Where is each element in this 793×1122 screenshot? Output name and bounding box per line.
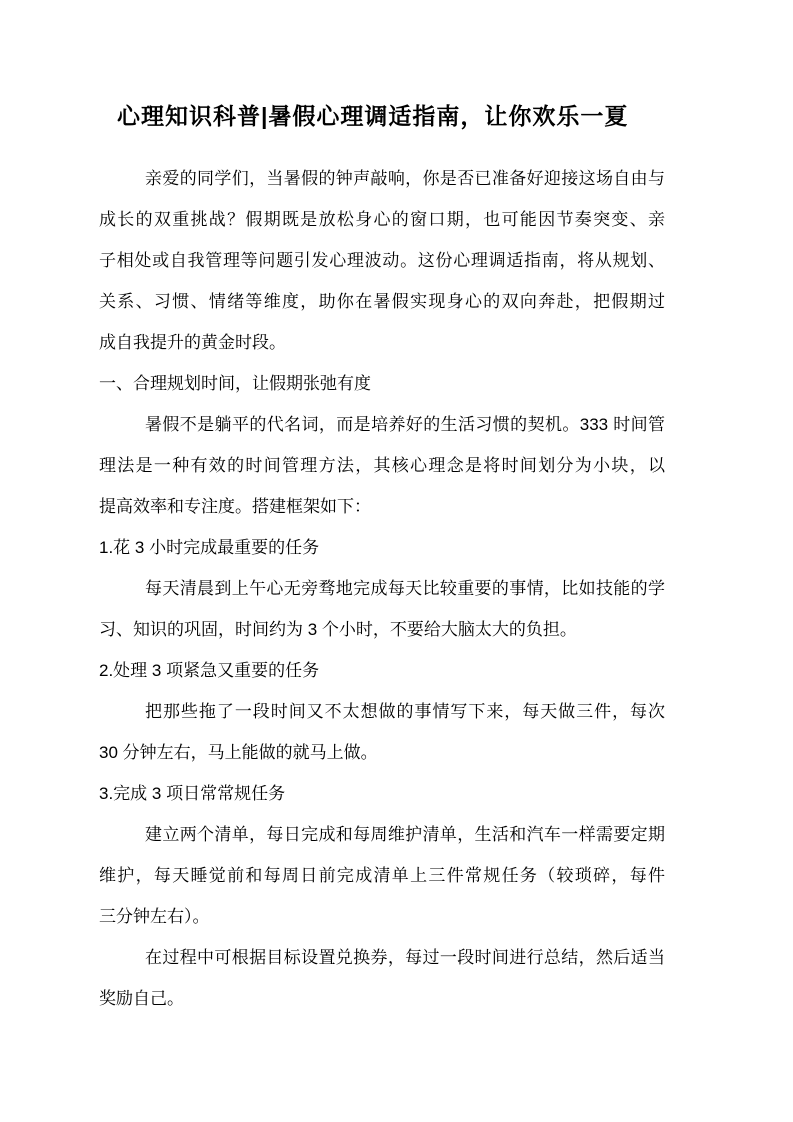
- paragraph: 亲爱的同学们，当暑假的钟声敲响，你是否已准备好迎接这场自由与 成长的双重挑战？假…: [99, 158, 665, 363]
- paragraph: 暑假不是躺平的代名词，而是培养好的生活习惯的契机。333 时间管 理法是一种有效…: [99, 404, 665, 527]
- numbered-item-heading-line: 1.花 3 小时完成最重要的任务: [99, 527, 665, 568]
- paragraph-line: 每天清晨到上午心无旁骛地完成每天比较重要的事情，比如技能的学: [99, 568, 665, 609]
- numbered-item-heading-line: 2.处理 3 项紧急又重要的任务: [99, 650, 665, 691]
- paragraph-line: 维护，每天睡觉前和每周日前完成清单上三件常规任务（较琐碎，每件: [99, 855, 665, 896]
- numbered-item-heading: 2.处理 3 项紧急又重要的任务: [99, 650, 665, 691]
- numbered-item-heading-line: 3.完成 3 项日常常规任务: [99, 773, 665, 814]
- section-heading: 一、合理规划时间，让假期张弛有度: [99, 363, 665, 404]
- paragraph-line: 子相处或自我管理等问题引发心理波动。这份心理调适指南，将从规划、: [99, 240, 665, 281]
- paragraph-line: 奖励自己。: [99, 978, 665, 1019]
- paragraph: 建立两个清单，每日完成和每周维护清单，生活和汽车一样需要定期 维护，每天睡觉前和…: [99, 814, 665, 937]
- document-body: 心理知识科普|暑假心理调适指南，让你欢乐一夏 亲爱的同学们，当暑假的钟声敲响，你…: [99, 92, 665, 1019]
- section-heading-line: 一、合理规划时间，让假期张弛有度: [99, 363, 665, 404]
- paragraph-line: 成自我提升的黄金时段。: [99, 322, 665, 363]
- paragraph-line: 建立两个清单，每日完成和每周维护清单，生活和汽车一样需要定期: [99, 814, 665, 855]
- numbered-item-heading: 1.花 3 小时完成最重要的任务: [99, 527, 665, 568]
- paragraph: 每天清晨到上午心无旁骛地完成每天比较重要的事情，比如技能的学 习、知识的巩固，时…: [99, 568, 665, 650]
- paragraph-line: 提高效率和专注度。搭建框架如下：: [99, 486, 665, 527]
- paragraph-line: 亲爱的同学们，当暑假的钟声敲响，你是否已准备好迎接这场自由与: [99, 158, 665, 199]
- document-page: 心理知识科普|暑假心理调适指南，让你欢乐一夏 亲爱的同学们，当暑假的钟声敲响，你…: [0, 0, 793, 1122]
- paragraph: 在过程中可根据目标设置兑换券，每过一段时间进行总结，然后适当 奖励自己。: [99, 937, 665, 1019]
- paragraph-line: 暑假不是躺平的代名词，而是培养好的生活习惯的契机。333 时间管: [99, 404, 665, 445]
- numbered-item-heading: 3.完成 3 项日常常规任务: [99, 773, 665, 814]
- paragraph-line: 把那些拖了一段时间又不太想做的事情写下来，每天做三件，每次: [99, 691, 665, 732]
- paragraph-line: 关系、习惯、情绪等维度，助你在暑假实现身心的双向奔赴，把假期过: [99, 281, 665, 322]
- paragraph-line: 在过程中可根据目标设置兑换券，每过一段时间进行总结，然后适当: [99, 937, 665, 978]
- paragraph-line: 成长的双重挑战？假期既是放松身心的窗口期，也可能因节奏突变、亲: [99, 199, 665, 240]
- paragraph-line: 习、知识的巩固，时间约为 3 个小时，不要给大脑太大的负担。: [99, 609, 665, 650]
- paragraph: 把那些拖了一段时间又不太想做的事情写下来，每天做三件，每次 30 分钟左右，马上…: [99, 691, 665, 773]
- document-title: 心理知识科普|暑假心理调适指南，让你欢乐一夏: [99, 92, 665, 140]
- paragraph-line: 三分钟左右）。: [99, 896, 665, 937]
- paragraph-line: 30 分钟左右，马上能做的就马上做。: [99, 732, 665, 773]
- paragraph-line: 理法是一种有效的时间管理方法，其核心理念是将时间划分为小块，以: [99, 445, 665, 486]
